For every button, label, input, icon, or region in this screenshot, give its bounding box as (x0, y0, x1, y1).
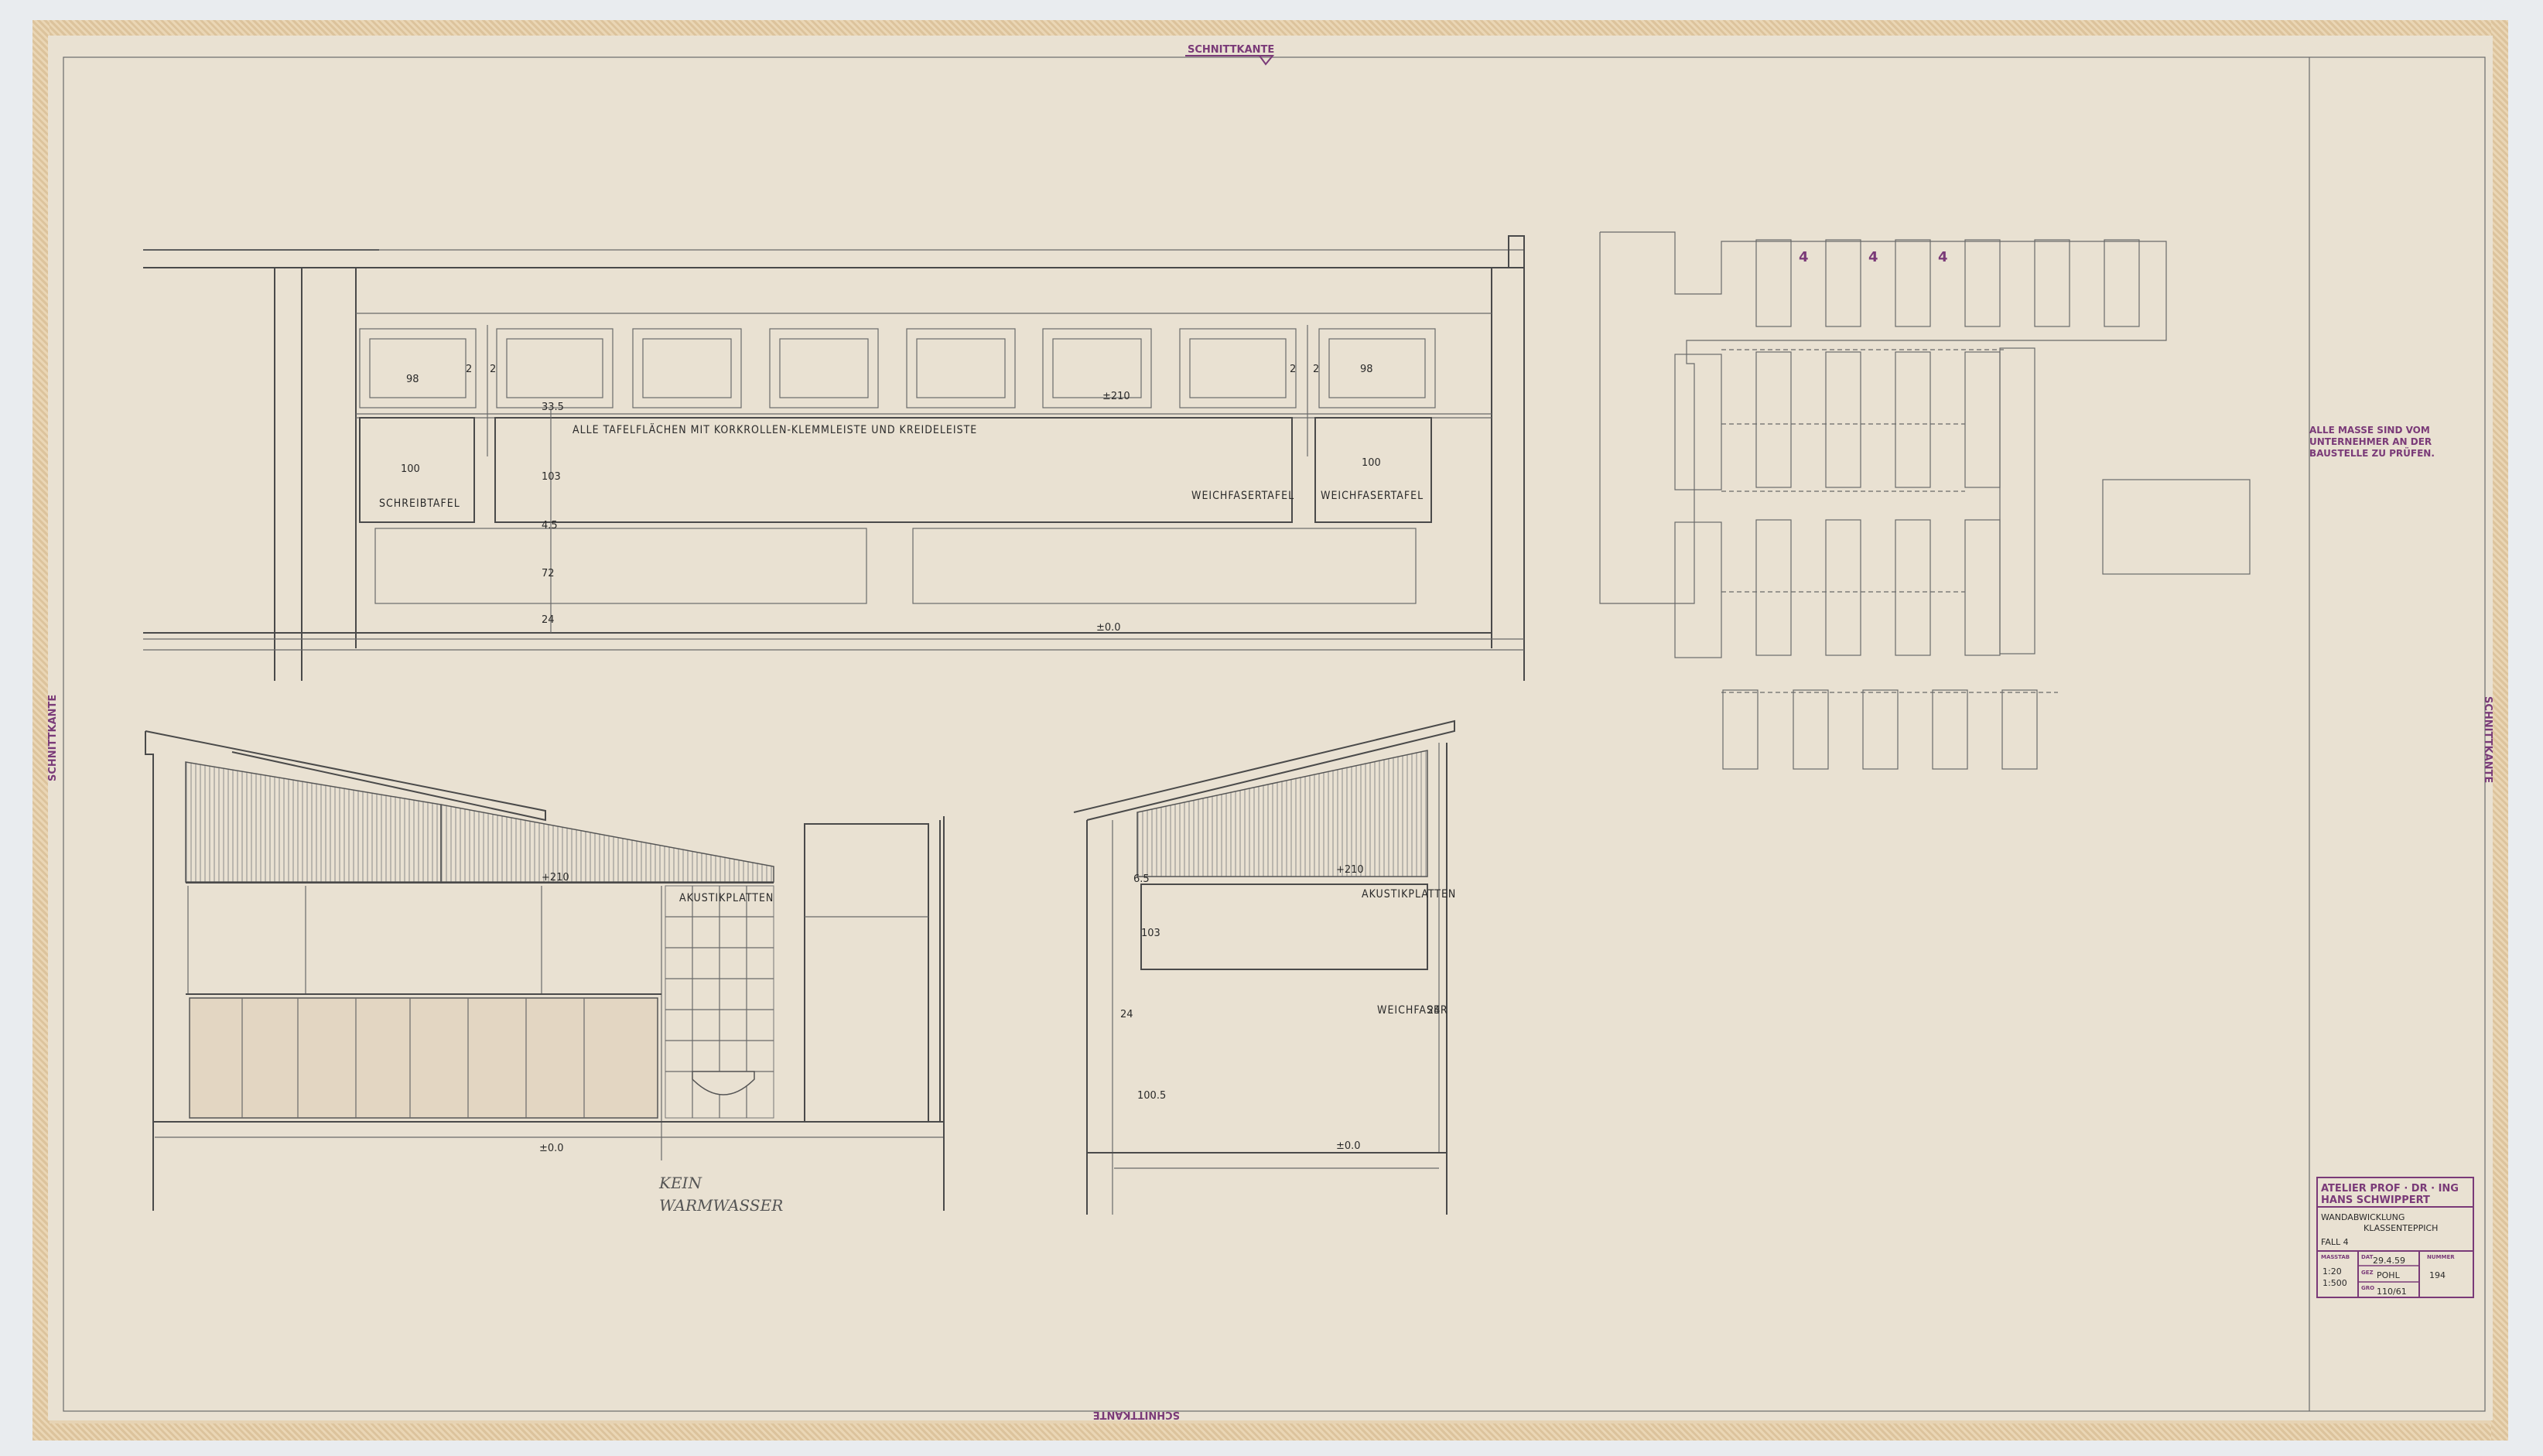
svg-text:UNTERNEHMER AN DER: UNTERNEHMER AN DER (2309, 436, 2432, 447)
svg-text:194: 194 (2429, 1270, 2446, 1280)
svg-text:4: 4 (1938, 249, 1948, 265)
svg-text:100.5: 100.5 (1137, 1090, 1166, 1102)
weichfasertafel-board-right (1315, 418, 1431, 522)
svg-text:4.5: 4.5 (542, 520, 558, 531)
svg-text:6.5: 6.5 (1133, 873, 1150, 885)
svg-text:WARMWASSER: WARMWASSER (659, 1196, 783, 1215)
svg-text:BAUSTELLE ZU PRÜFEN.: BAUSTELLE ZU PRÜFEN. (2309, 447, 2435, 459)
svg-text:24: 24 (542, 614, 555, 626)
svg-text:FALL 4: FALL 4 (2321, 1237, 2349, 1247)
section-left: AKUSTIKPLATTEN +210 ±0.0 KEIN WARMWASSER (145, 731, 944, 1215)
svg-text:98: 98 (1360, 364, 1373, 375)
svg-text:SCHREIBTAFEL: SCHREIBTAFEL (379, 497, 460, 510)
svg-text:100: 100 (1362, 457, 1381, 469)
svg-text:98: 98 (406, 374, 419, 385)
svg-text:SCHNITTKANTE: SCHNITTKANTE (1188, 44, 1274, 56)
wood-cabinets (190, 998, 658, 1118)
section-right: AKUSTIKPLATTEN WEICHFASER +210 ±0.0 6.5 … (1074, 721, 1456, 1215)
svg-text:4: 4 (1868, 249, 1878, 265)
door (805, 824, 928, 1122)
svg-text:29.4.59: 29.4.59 (2373, 1256, 2405, 1266)
svg-text:WEICHFASERTAFEL: WEICHFASERTAFEL (1321, 490, 1424, 502)
svg-text:GRO: GRO (2361, 1285, 2374, 1291)
cut-mark-right: SCHNITTKANTE (2482, 696, 2493, 783)
drawing-canvas: SCHNITTKANTE SCHNITTKANTE SCHNITTKANTE S… (0, 0, 2543, 1456)
svg-text:2: 2 (490, 364, 496, 375)
frame (63, 57, 2485, 1411)
title-block: ATELIER PROF · DR · ING HANS SCHWIPPERT … (2317, 1177, 2473, 1297)
cut-mark-left: SCHNITTKANTE (47, 695, 59, 781)
svg-text:NUMMER: NUMMER (2427, 1254, 2455, 1260)
svg-text:KEIN: KEIN (658, 1174, 702, 1192)
svg-text:GEZ: GEZ (2361, 1270, 2374, 1276)
svg-text:1:500: 1:500 (2323, 1278, 2347, 1288)
elevation-top: ALLE TAFELFLÄCHEN MIT KORKROLLEN-KLEMMLE… (143, 236, 1524, 681)
svg-text:24: 24 (1427, 1005, 1441, 1017)
svg-text:WEICHFASERTAFEL: WEICHFASERTAFEL (1191, 490, 1294, 502)
svg-text:ATELIER PROF · DR · ING: ATELIER PROF · DR · ING (2321, 1183, 2459, 1195)
svg-text:AKUSTIKPLATTEN: AKUSTIKPLATTEN (1362, 888, 1456, 901)
sink-icon (692, 1071, 754, 1095)
svg-text:KLASSENTEPPICH: KLASSENTEPPICH (2364, 1223, 2438, 1233)
key-plan: 4 4 4 (1600, 232, 2250, 769)
svg-text:SCHNITTKANTE: SCHNITTKANTE (2482, 696, 2493, 783)
svg-text:103: 103 (542, 471, 561, 483)
svg-text:±210: ±210 (1102, 391, 1130, 402)
svg-text:POHL: POHL (2377, 1270, 2401, 1280)
svg-text:+210: +210 (1336, 864, 1364, 876)
svg-text:SCHNITTKANTE: SCHNITTKANTE (1093, 1409, 1180, 1420)
svg-text:2: 2 (1290, 364, 1296, 375)
svg-text:WANDABWICKLUNG: WANDABWICKLUNG (2321, 1212, 2405, 1222)
svg-text:±0.0: ±0.0 (1336, 1140, 1361, 1152)
svg-text:DAT: DAT (2361, 1254, 2374, 1260)
svg-text:33.5: 33.5 (542, 402, 564, 413)
svg-text:SCHNITTKANTE: SCHNITTKANTE (47, 695, 59, 781)
svg-text:24: 24 (1120, 1009, 1133, 1020)
svg-text:MASSTAB: MASSTAB (2321, 1254, 2350, 1260)
cut-mark-bottom: SCHNITTKANTE (1093, 1409, 1180, 1420)
svg-text:+210: +210 (542, 872, 569, 884)
cut-mark-top: SCHNITTKANTE (1185, 44, 1274, 64)
svg-text:ALLE TAFELFLÄCHEN MIT KORKROLL: ALLE TAFELFLÄCHEN MIT KORKROLLEN-KLEMMLE… (573, 422, 977, 436)
svg-text:HANS SCHWIPPERT: HANS SCHWIPPERT (2321, 1195, 2430, 1206)
window-row (360, 329, 1435, 408)
site-check-note: ALLE MASSE SIND VOM UNTERNEHMER AN DER B… (2309, 425, 2435, 459)
svg-text:2: 2 (466, 364, 472, 375)
svg-text:±0.0: ±0.0 (1096, 622, 1121, 634)
svg-text:72: 72 (542, 568, 555, 579)
svg-text:4: 4 (1799, 249, 1809, 265)
svg-text:103: 103 (1141, 928, 1160, 939)
svg-text:AKUSTIKPLATTEN: AKUSTIKPLATTEN (679, 892, 774, 904)
svg-text:100: 100 (401, 463, 420, 475)
svg-text:110/61: 110/61 (2377, 1287, 2407, 1297)
svg-text:1:20: 1:20 (2323, 1266, 2342, 1277)
svg-text:ALLE MASSE SIND VOM: ALLE MASSE SIND VOM (2309, 425, 2430, 436)
svg-text:2: 2 (1313, 364, 1319, 375)
svg-text:±0.0: ±0.0 (539, 1143, 564, 1154)
